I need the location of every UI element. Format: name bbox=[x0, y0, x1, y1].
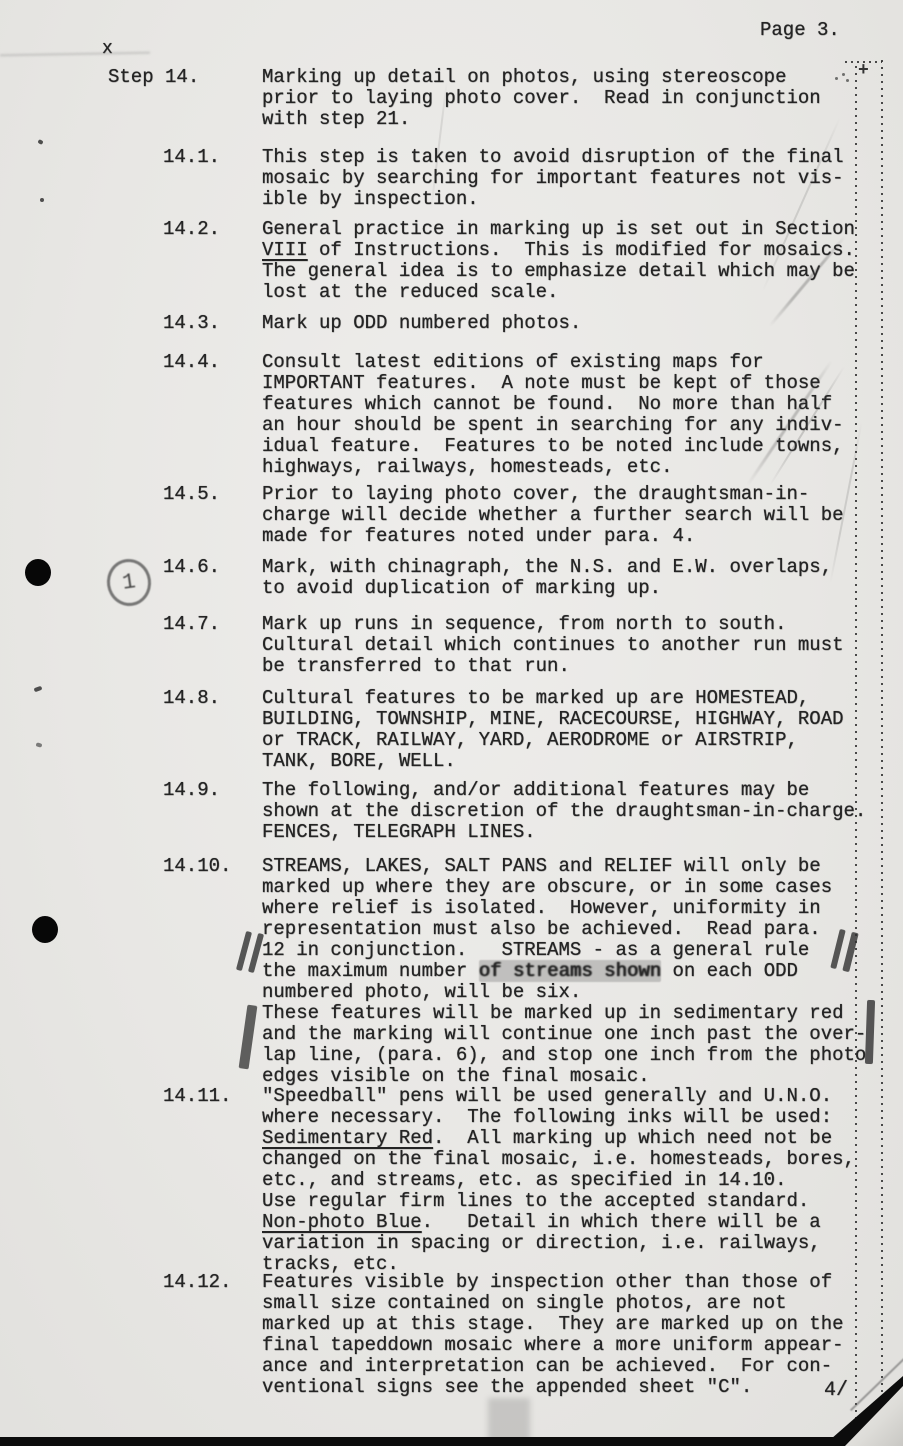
step-number: 14.7. bbox=[163, 614, 220, 635]
ink-speck bbox=[36, 742, 43, 747]
step-text: Mark, with chinagraph, the N.S. and E.W.… bbox=[262, 557, 832, 599]
step-text: Marking up detail on photos, using stere… bbox=[262, 67, 821, 130]
step-number: 14.11. bbox=[163, 1086, 231, 1107]
ink-speck bbox=[40, 198, 44, 202]
step-number: 14.4. bbox=[163, 352, 220, 373]
step-text: Mark up ODD numbered photos. bbox=[262, 313, 581, 334]
step-text: Cultural features to be marked up are HO… bbox=[262, 688, 844, 772]
pencil-x-mark: x bbox=[102, 39, 113, 60]
step-number: 14.6. bbox=[163, 557, 220, 578]
ink-speck bbox=[34, 686, 43, 692]
step-number: 14.10. bbox=[163, 856, 231, 877]
step-number: 14.8. bbox=[163, 688, 220, 709]
registration-cross-icon: + bbox=[858, 61, 869, 81]
step-text: This step is taken to avoid disruption o… bbox=[262, 147, 844, 210]
page-continuation-mark: 4/ bbox=[824, 1380, 848, 1401]
step-text: The following, and/or additional feature… bbox=[262, 780, 866, 843]
punch-hole-icon bbox=[32, 916, 58, 943]
step-text: Consult latest editions of existing maps… bbox=[262, 352, 844, 478]
step-text: Prior to laying photo cover, the draught… bbox=[262, 484, 844, 547]
step-number: 14.3. bbox=[163, 313, 220, 334]
pencil-dots-mark bbox=[835, 71, 849, 83]
punch-hole-icon bbox=[25, 559, 51, 586]
pencil-bar-right bbox=[865, 1000, 875, 1064]
step-text: STREAMS, LAKES, SALT PANS and RELIEF wil… bbox=[262, 856, 866, 1087]
step-text: Mark up runs in sequence, from north to … bbox=[262, 614, 844, 677]
step-number: 14.5. bbox=[163, 484, 220, 505]
page-number-label: Page 3. bbox=[760, 20, 840, 41]
circled-pencil-note: 1 bbox=[104, 556, 154, 609]
scan-edge bbox=[0, 1437, 903, 1446]
step-text: General practice in marking up is set ou… bbox=[262, 219, 855, 303]
ink-speck bbox=[37, 139, 43, 145]
step-number: 14.1. bbox=[163, 147, 220, 168]
dotted-margin-line bbox=[881, 60, 883, 1440]
step-number: 14.2. bbox=[163, 219, 220, 240]
document-page: Page 3. x Step 14.Marking up detail on p… bbox=[0, 0, 903, 1446]
crease-mark bbox=[0, 52, 150, 57]
dotted-margin-line bbox=[855, 66, 857, 1434]
step-number: 14.12. bbox=[163, 1272, 231, 1293]
step-text: Features visible by inspection other tha… bbox=[262, 1272, 844, 1398]
step-text: "Speedball" pens will be used generally … bbox=[262, 1086, 855, 1275]
step-number: 14.9. bbox=[163, 780, 220, 801]
step-number: Step 14. bbox=[108, 67, 199, 88]
pencil-bar-left bbox=[239, 1005, 258, 1070]
